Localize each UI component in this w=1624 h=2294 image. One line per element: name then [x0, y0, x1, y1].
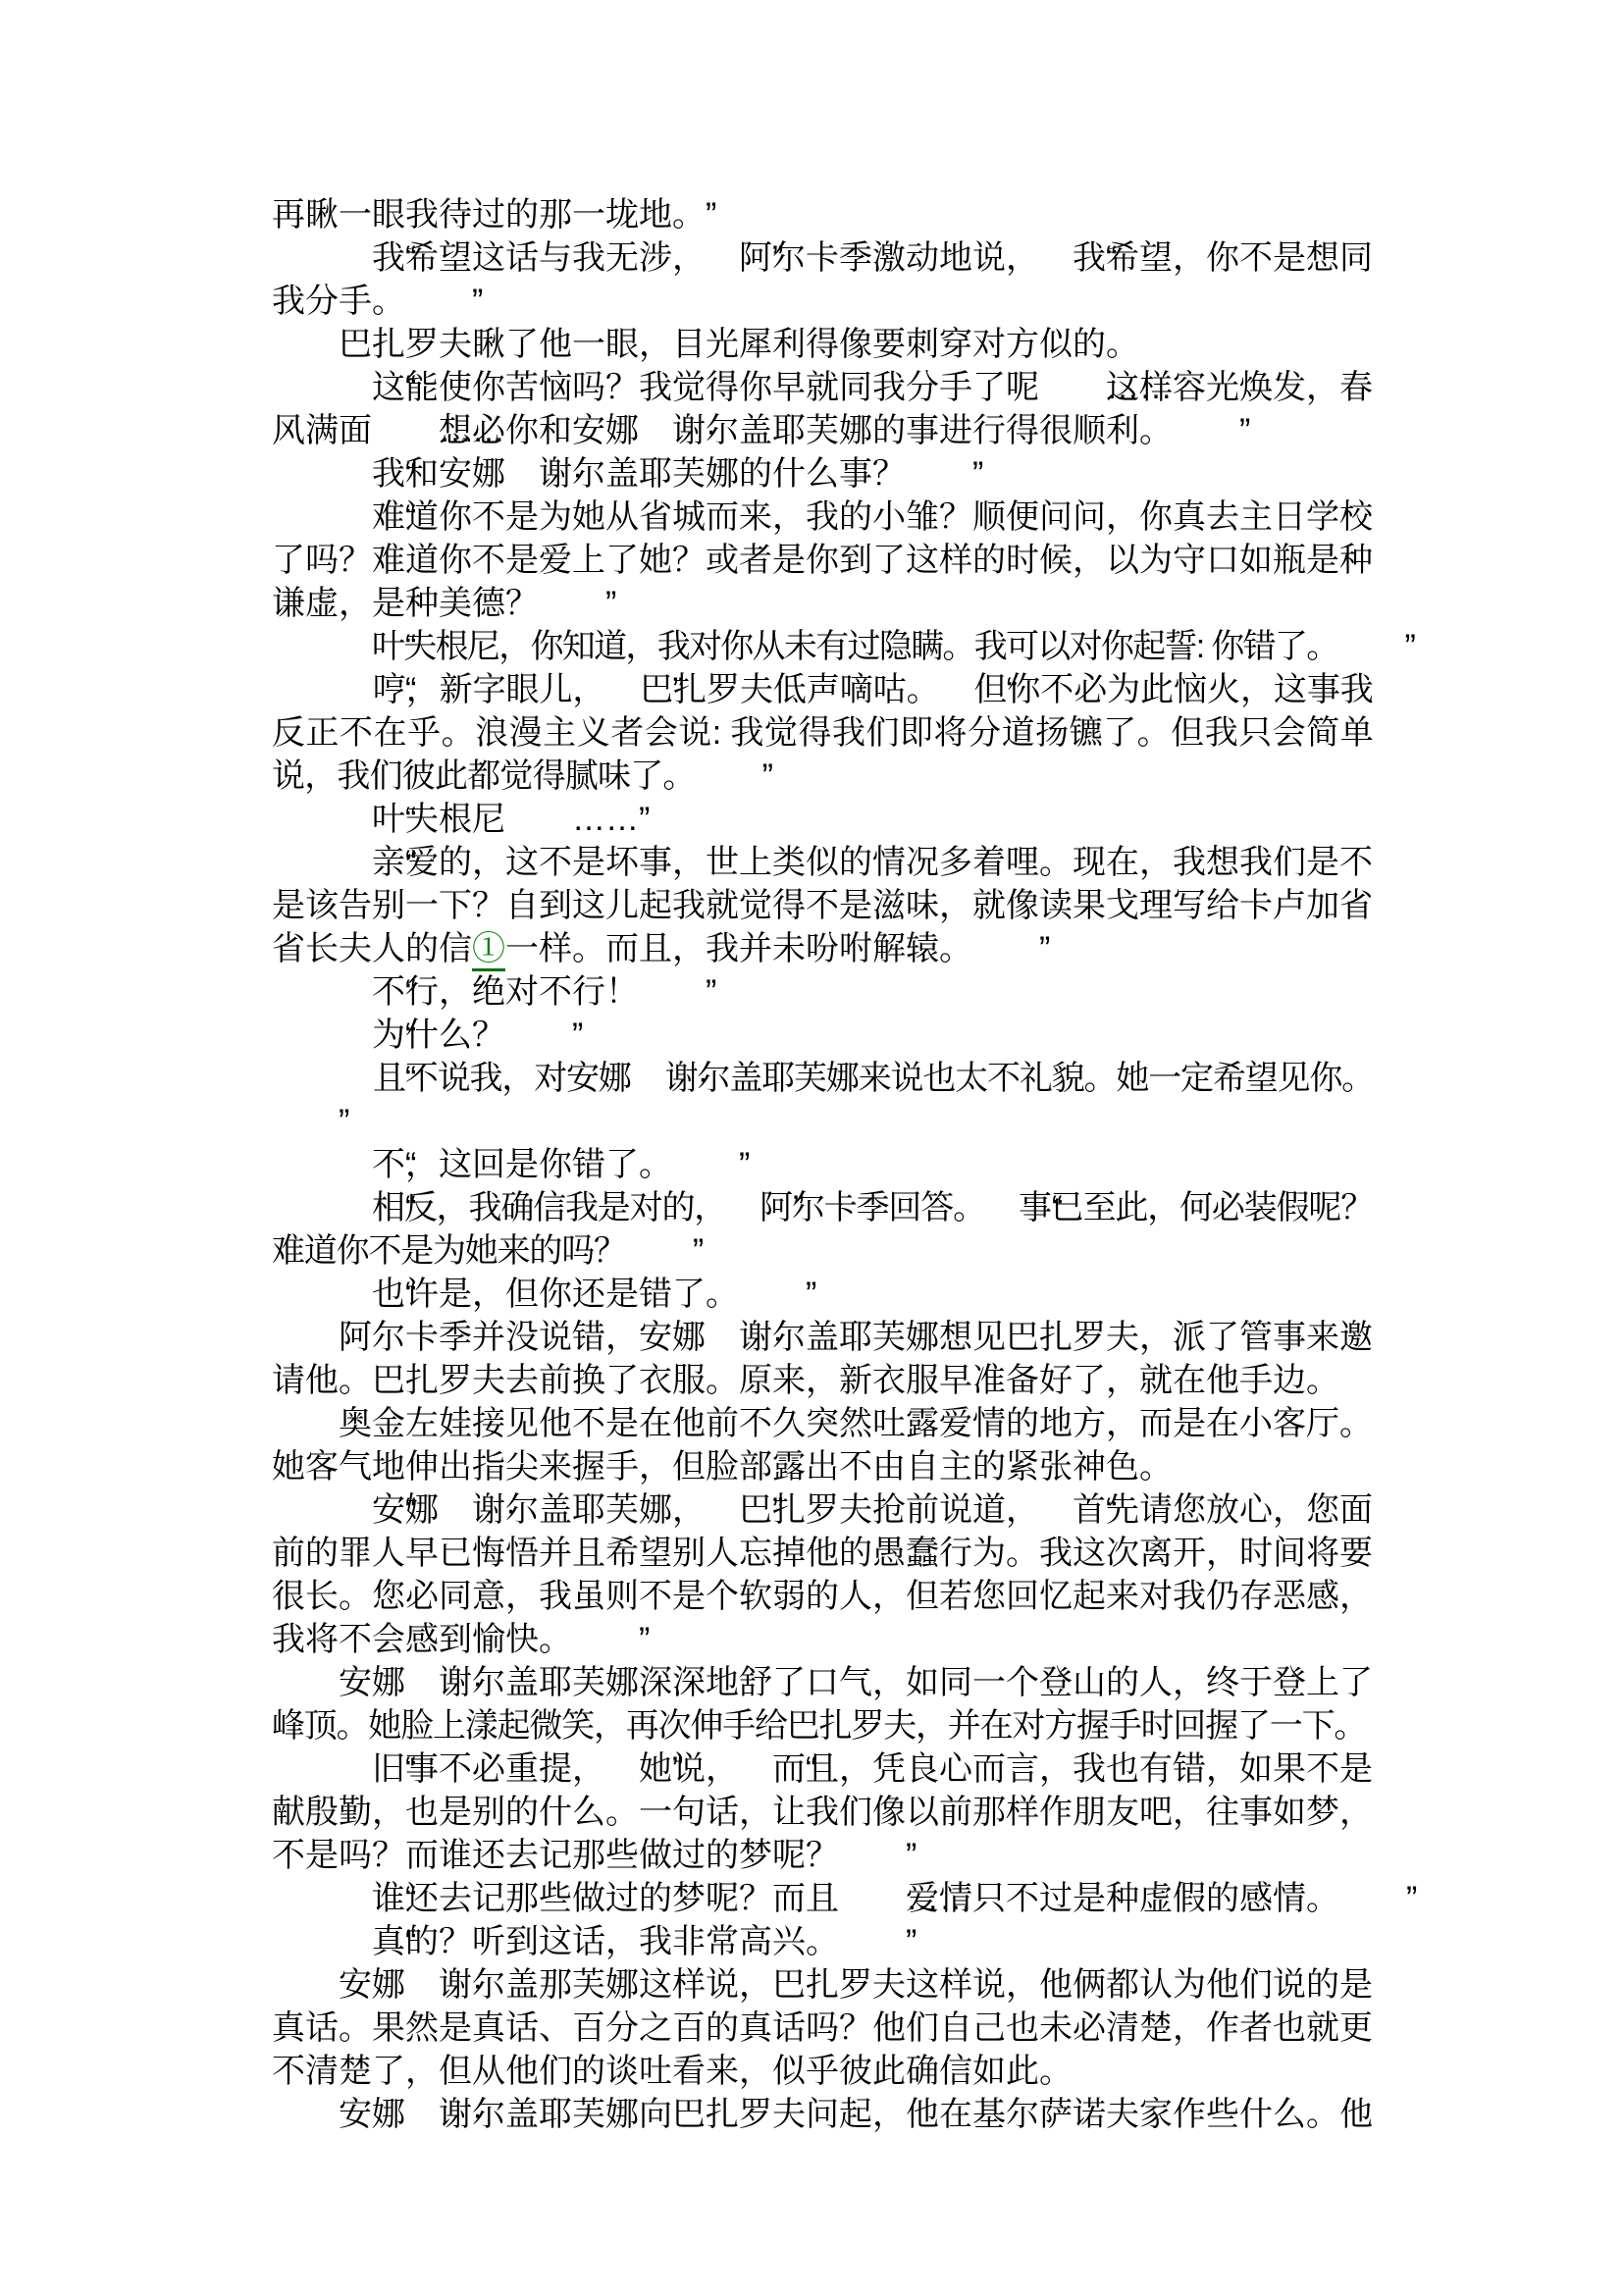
fullwidth-punct: “ — [339, 1186, 372, 1229]
paragraph-01: 再瞅一眼我待过的那一垅地。” — [272, 193, 1373, 236]
paragraph-20-line-2: 峰顶。她脸上漾起微笑，再次伸手给巴扎罗夫，并在对方握手时回握了一下。 — [272, 1707, 1366, 1745]
fullwidth-punct: ” — [1173, 409, 1206, 452]
paragraph-17: 阿尔卡季并没说错，安娜·谢尔盖耶芙娜想见巴扎罗夫，派了管事来邀请他。巴扎罗夫去前… — [272, 1316, 1373, 1402]
fullwidth-punct: ” — [839, 1834, 872, 1877]
fullwidth-punct: ” — [906, 452, 939, 495]
text-column: 再瞅一眼我待过的那一垅地。” “我希望这话与我无涉，”阿尔卡季激动地说，“我希望… — [272, 193, 1373, 2136]
paragraph-22: “谁还去记那些做过的梦呢？而且……爱情只不过是种虚假的感情。” — [272, 1877, 1373, 1920]
paragraph-20-line-1: 安娜·谢尔盖耶芙娜深深地舒了口气，如同一个登山的人，终于登上了 — [339, 1664, 1373, 1701]
fullwidth-punct: “ — [339, 366, 372, 409]
fullwidth-punct: ” — [605, 668, 639, 711]
fullwidth-punct: · — [405, 1661, 439, 1704]
paragraph-23: “真的？听到这话，我非常高兴。” — [272, 1920, 1373, 1963]
paragraph-03: 巴扎罗夫瞅了他一眼，目光犀利得像要刺穿对方似的。 — [272, 323, 1373, 366]
fullwidth-punct: … — [505, 798, 539, 841]
fullwidth-punct: ” — [505, 1014, 539, 1057]
fullwidth-punct: ” — [972, 927, 1006, 970]
fullwidth-punct: ” — [726, 1186, 760, 1229]
fullwidth-punct: “ — [339, 1488, 372, 1532]
fullwidth-punct: … — [405, 409, 439, 452]
fullwidth-punct: ” — [1338, 625, 1372, 668]
fullwidth-punct: “ — [339, 841, 372, 884]
fullwidth-punct: · — [405, 1963, 439, 2007]
fullwidth-punct: ” — [839, 1920, 872, 1963]
fullwidth-punct: … — [1039, 366, 1073, 409]
fullwidth-punct: “ — [985, 1186, 1019, 1229]
fullwidth-punct: · — [405, 2093, 439, 2136]
paragraph-21: “旧事不必重提，”她说，“而且，凭良心而言，我也有错，如果不是献殷勤，也是别的什… — [272, 1747, 1373, 1877]
paragraph-25: 安娜·谢尔盖耶芙娜向巴扎罗夫问起，他在基尔萨诺夫家作些什么。他 — [272, 2093, 1373, 2136]
fullwidth-punct: … — [372, 409, 405, 452]
paragraph-15: “相反，我确信我是对的，”阿尔卡季回答。“事已至此，何必装假呢？难道你不是为她来… — [272, 1186, 1373, 1273]
fullwidth-punct: · — [706, 1316, 739, 1359]
document-page: 再瞅一眼我待过的那一垅地。” “我希望这话与我无涉，”阿尔卡季激动地说，“我希望… — [0, 0, 1624, 2294]
paragraph-10: “亲爱的，这不是坏事，世上类似的情况多着哩。现在，我想我们是不是该告别一下？自到… — [272, 841, 1373, 970]
fullwidth-punct: ” — [572, 798, 605, 841]
fullwidth-punct: “ — [339, 1747, 372, 1791]
fullwidth-punct: ” — [706, 193, 739, 236]
fullwidth-punct: “ — [339, 1143, 372, 1186]
paragraph-12: “为什么？” — [272, 1014, 1373, 1057]
fullwidth-punct: “ — [339, 668, 372, 711]
paragraph-08: “哼，新字眼儿，”巴扎罗夫低声嘀咕。“但你不必为此恼火，这事我反正不在乎。浪漫主… — [272, 668, 1373, 798]
fullwidth-punct: … — [839, 1877, 872, 1920]
fullwidth-punct: “ — [1039, 236, 1073, 280]
fullwidth-punct: “ — [339, 1014, 372, 1057]
fullwidth-punct: · — [631, 1057, 664, 1100]
fullwidth-punct: “ — [339, 970, 372, 1014]
fullwidth-punct: ” — [739, 1273, 772, 1316]
fullwidth-punct: “ — [339, 1920, 372, 1963]
paragraph-16: “也许是，但你还是错了。” — [272, 1273, 1373, 1316]
fullwidth-punct: ” — [1339, 1877, 1373, 1920]
fullwidth-punct: · — [639, 409, 672, 452]
paragraph-24: 安娜·谢尔盖那芙娜这样说，巴扎罗夫这样说，他俩都认为他们说的是真话。果然是真话、… — [272, 1963, 1373, 2093]
fullwidth-punct: … — [1073, 366, 1106, 409]
paragraph-04: “这能使你苦恼吗？我觉得你早就同我分手了呢……这样容光焕发，春风满面……想必你和… — [272, 366, 1373, 452]
fullwidth-punct: ” — [405, 280, 439, 323]
fullwidth-punct: “ — [339, 495, 372, 539]
paragraph-20: 安娜·谢尔盖耶芙娜深深地舒了口气，如同一个登山的人，终于登上了峰顶。她脸上漾起微… — [272, 1661, 1373, 1747]
fullwidth-punct: “ — [339, 798, 372, 841]
fullwidth-punct: “ — [339, 1057, 372, 1100]
fullwidth-punct: · — [505, 452, 539, 495]
fullwidth-punct: ” — [605, 1747, 639, 1791]
paragraph-05: “我和安娜·谢尔盖耶芙娜的什么事？” — [272, 452, 1373, 495]
fullwidth-punct: “ — [1039, 1488, 1073, 1532]
paragraph-10-text-after: 一样。而且，我并未吩咐解辕。” — [505, 930, 1006, 967]
fullwidth-punct: ” — [639, 970, 672, 1014]
fullwidth-punct: ” — [696, 755, 729, 798]
fullwidth-punct: “ — [339, 236, 372, 280]
paragraph-07: “叶夫根尼，你知道，我对你从未有过隐瞒。我可以对你起誓: 你错了。” — [272, 625, 1373, 668]
fullwidth-punct: ” — [272, 1100, 305, 1143]
fullwidth-punct: “ — [339, 625, 372, 668]
fullwidth-punct: ” — [706, 236, 739, 280]
paragraph-02: “我希望这话与我无涉，”阿尔卡季激动地说，“我希望，你不是想同我分手。” — [272, 236, 1373, 323]
paragraph-19: “安娜·谢尔盖耶芙娜，”巴扎罗夫抢前说道，“首先请您放心，您面前的罪人早已悔悟并… — [272, 1488, 1373, 1661]
paragraph-13: “且不说我，对安娜·谢尔盖耶芙娜来说也太不礼貌。她一定希望见你。” — [272, 1057, 1373, 1143]
fullwidth-punct: ” — [572, 1618, 605, 1661]
paragraph-09: “叶夫根尼……” — [272, 798, 1373, 841]
paragraph-06: “难道你不是为她从省城而来，我的小雏？顺便问问，你真去主日学校了吗？难道你不是爱… — [272, 495, 1373, 625]
fullwidth-punct: … — [872, 1877, 906, 1920]
fullwidth-punct: “ — [339, 452, 372, 495]
fullwidth-punct: · — [439, 1488, 472, 1532]
fullwidth-punct: “ — [940, 668, 973, 711]
fullwidth-punct: “ — [739, 1747, 772, 1791]
paragraph-14: “不，这回是你错了。” — [272, 1143, 1373, 1186]
fullwidth-punct: ” — [672, 1143, 706, 1186]
fullwidth-punct: ” — [626, 1229, 659, 1273]
footnote-ref-1[interactable]: ① — [472, 930, 505, 971]
fullwidth-punct: “ — [339, 1273, 372, 1316]
fullwidth-punct: ” — [539, 582, 572, 625]
paragraph-11: “不行，绝对不行！” — [272, 970, 1373, 1014]
fullwidth-punct: … — [539, 798, 572, 841]
fullwidth-punct: ” — [706, 1488, 739, 1532]
paragraph-18: 奥金左娃接见他不是在他前不久突然吐露爱情的地方，而是在小客厅。她客气地伸出指尖来… — [272, 1402, 1373, 1488]
fullwidth-punct: “ — [339, 1877, 372, 1920]
